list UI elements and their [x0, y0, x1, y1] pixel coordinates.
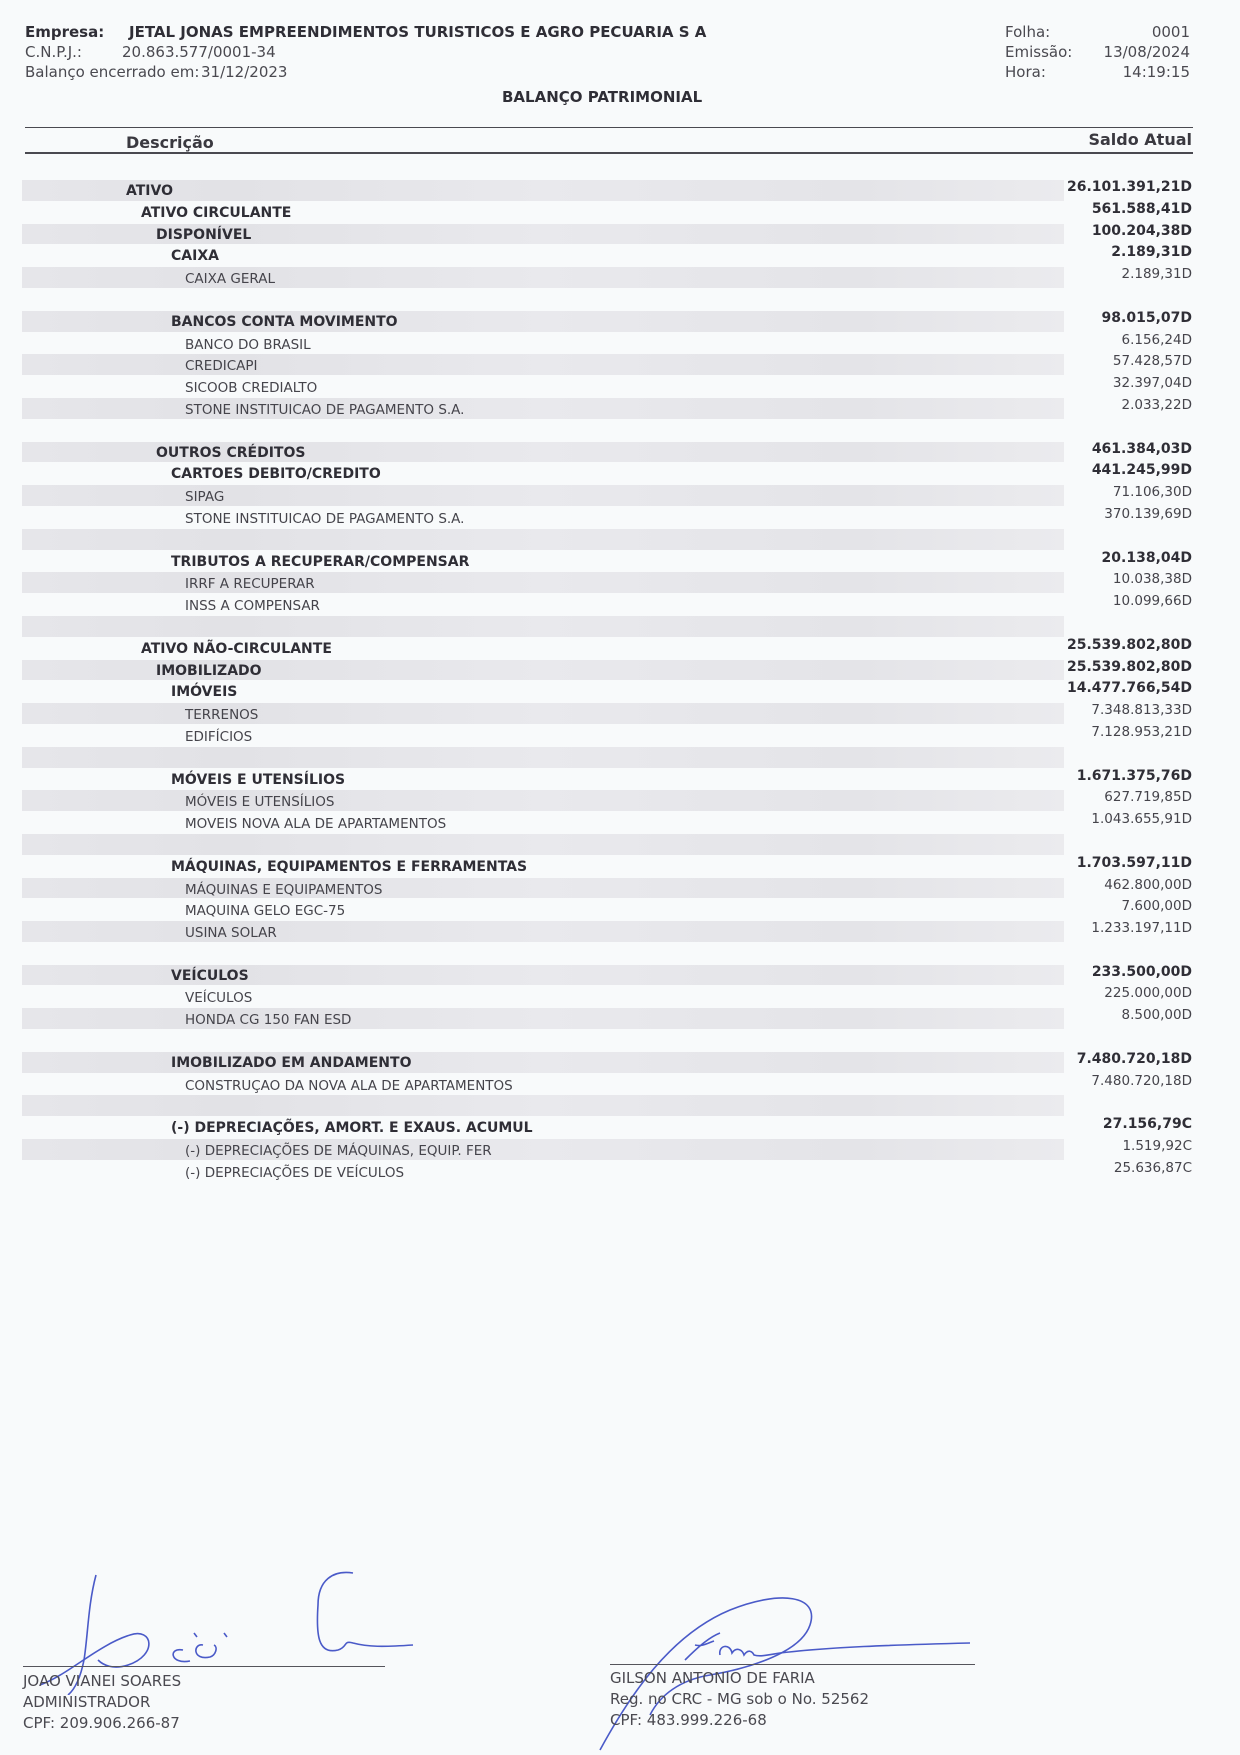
signatory-registration: Reg. no CRC - MG sob o No. 52562 — [610, 1689, 869, 1710]
account-row: SIPAG71.106,30D — [0, 485, 1240, 507]
time-row: Hora: 14:19:15 — [1005, 62, 1190, 82]
account-group-row: DISPONÍVEL100.204,38D — [0, 224, 1240, 246]
company-header: Empresa: JETAL JONAS EMPREENDIMENTOS TUR… — [25, 22, 785, 82]
signatory-accountant: GILSON ANTONIO DE FARIA Reg. no CRC - MG… — [610, 1668, 869, 1731]
account-description: ATIVO NÃO-CIRCULANTE — [141, 638, 332, 660]
account-balance: 7.600,00D — [1121, 895, 1192, 917]
account-row: (-) DEPRECIAÇÕES DE MÁQUINAS, EQUIP. FER… — [0, 1139, 1240, 1161]
account-row: BANCO DO BRASIL6.156,24D — [0, 333, 1240, 355]
account-balance: 561.588,41D — [1092, 198, 1192, 220]
account-row: SICOOB CREDIALTO32.397,04D — [0, 376, 1240, 398]
account-description: VEÍCULOS — [171, 965, 249, 987]
account-row: TERRENOS7.348.813,33D — [0, 703, 1240, 725]
header-top-rule — [25, 127, 1193, 128]
closing-date-value: 31/12/2023 — [201, 62, 287, 82]
account-description: IMOBILIZADO — [156, 660, 262, 682]
account-description: OUTROS CRÉDITOS — [156, 442, 305, 464]
account-balance: 7.480.720,18D — [1091, 1070, 1192, 1092]
account-description: SICOOB CREDIALTO — [185, 377, 317, 399]
account-row: CREDICAPI57.428,57D — [0, 354, 1240, 376]
company-row: Empresa: JETAL JONAS EMPREENDIMENTOS TUR… — [25, 22, 785, 42]
account-description: ATIVO — [126, 180, 173, 202]
document-meta: Folha: 0001 Emissão: 13/08/2024 Hora: 14… — [1005, 22, 1190, 82]
account-description: MOVEIS NOVA ALA DE APARTAMENTOS — [185, 813, 446, 835]
account-description: IMOBILIZADO EM ANDAMENTO — [171, 1052, 411, 1074]
account-description: MÁQUINAS, EQUIPAMENTOS E FERRAMENTAS — [171, 856, 527, 878]
spacer-row — [0, 289, 1240, 311]
cnpj-row: C.N.P.J.: 20.863.577/0001-34 — [25, 42, 785, 62]
account-row: CAIXA GERAL2.189,31D — [0, 267, 1240, 289]
account-balance: 7.348.813,33D — [1091, 699, 1192, 721]
account-balance: 1.671.375,76D — [1077, 765, 1192, 787]
account-description: SIPAG — [185, 486, 224, 508]
account-description: DISPONÍVEL — [156, 224, 251, 246]
account-balance: 441.245,99D — [1092, 459, 1192, 481]
spacer-row — [0, 616, 1240, 638]
account-description: STONE INSTITUICAO DE PAGAMENTO S.A. — [185, 399, 464, 421]
account-balance: 627.719,85D — [1104, 786, 1192, 808]
account-balance: 1.519,92C — [1122, 1135, 1192, 1157]
account-description: ATIVO CIRCULANTE — [141, 202, 291, 224]
company-label: Empresa: — [25, 22, 129, 42]
spacer-row — [0, 834, 1240, 856]
account-balance: 1.703.597,11D — [1077, 852, 1192, 874]
account-group-row: BANCOS CONTA MOVIMENTO98.015,07D — [0, 311, 1240, 333]
account-description: VEÍCULOS — [185, 987, 252, 1009]
account-description: IMÓVEIS — [171, 681, 237, 703]
time-value: 14:19:15 — [1123, 62, 1190, 82]
account-group-row: ATIVO NÃO-CIRCULANTE25.539.802,80D — [0, 638, 1240, 660]
signature-line-left — [23, 1666, 385, 1667]
account-description: MAQUINA GELO EGC-75 — [185, 900, 345, 922]
account-row: EDIFÍCIOS7.128.953,21D — [0, 725, 1240, 747]
time-label: Hora: — [1005, 62, 1046, 82]
account-row: IRRF A RECUPERAR10.038,38D — [0, 572, 1240, 594]
account-group-row: CAIXA2.189,31D — [0, 245, 1240, 267]
account-description: TRIBUTOS A RECUPERAR/COMPENSAR — [171, 551, 469, 573]
account-description: (-) DEPRECIAÇÕES, AMORT. E EXAUS. ACUMUL — [171, 1117, 533, 1139]
header-bottom-rule — [25, 152, 1193, 154]
account-balance: 32.397,04D — [1113, 372, 1192, 394]
signatory-role: ADMINISTRADOR — [23, 1692, 181, 1713]
signature-line-right — [610, 1664, 975, 1665]
account-balance: 225.000,00D — [1104, 982, 1192, 1004]
sheet-value: 0001 — [1152, 22, 1190, 42]
account-balance: 7.480.720,18D — [1077, 1048, 1192, 1070]
account-balance: 2.189,31D — [1121, 263, 1192, 285]
account-group-row: TRIBUTOS A RECUPERAR/COMPENSAR20.138,04D — [0, 551, 1240, 573]
account-balance: 1.043.655,91D — [1091, 808, 1192, 830]
account-balance: 8.500,00D — [1121, 1004, 1192, 1026]
account-balance: 10.038,38D — [1113, 568, 1192, 590]
account-description: (-) DEPRECIAÇÕES DE MÁQUINAS, EQUIP. FER — [185, 1140, 492, 1162]
account-row: USINA SOLAR1.233.197,11D — [0, 921, 1240, 943]
account-group-row: IMOBILIZADO25.539.802,80D — [0, 660, 1240, 682]
account-description: HONDA CG 150 FAN ESD — [185, 1009, 351, 1031]
account-row: STONE INSTITUICAO DE PAGAMENTO S.A.370.1… — [0, 507, 1240, 529]
signatory-name: GILSON ANTONIO DE FARIA — [610, 1668, 869, 1689]
account-row: INSS A COMPENSAR10.099,66D — [0, 594, 1240, 616]
cnpj-label: C.N.P.J.: — [25, 42, 98, 62]
account-balance: 27.156,79C — [1103, 1113, 1192, 1135]
account-description: BANCO DO BRASIL — [185, 334, 311, 356]
issue-date-value: 13/08/2024 — [1104, 42, 1190, 62]
account-balance: 370.139,69D — [1104, 503, 1192, 525]
account-balance: 57.428,57D — [1113, 350, 1192, 372]
cnpj-value: 20.863.577/0001-34 — [122, 42, 276, 62]
account-balance: 233.500,00D — [1092, 961, 1192, 983]
account-row: MÓVEIS E UTENSÍLIOS627.719,85D — [0, 790, 1240, 812]
account-description: IRRF A RECUPERAR — [185, 573, 315, 595]
spacer-row — [0, 529, 1240, 551]
account-description: EDIFÍCIOS — [185, 726, 252, 748]
spacer-row — [0, 943, 1240, 965]
account-balance: 14.477.766,54D — [1067, 677, 1192, 699]
account-group-row: VEÍCULOS233.500,00D — [0, 965, 1240, 987]
account-description: TERRENOS — [185, 704, 258, 726]
account-group-row: ATIVO CIRCULANTE561.588,41D — [0, 202, 1240, 224]
sheet-label: Folha: — [1005, 22, 1050, 42]
account-balance: 461.384,03D — [1092, 438, 1192, 460]
spacer-row — [0, 420, 1240, 442]
account-description: BANCOS CONTA MOVIMENTO — [171, 311, 398, 333]
account-description: CAIXA GERAL — [185, 268, 275, 290]
column-header-balance: Saldo Atual — [1088, 130, 1192, 149]
sheet-row: Folha: 0001 — [1005, 22, 1190, 42]
account-description: USINA SOLAR — [185, 922, 277, 944]
account-group-row: IMOBILIZADO EM ANDAMENTO7.480.720,18D — [0, 1052, 1240, 1074]
account-description: (-) DEPRECIAÇÕES DE VEÍCULOS — [185, 1162, 404, 1184]
account-balance: 98.015,07D — [1102, 307, 1192, 329]
company-name: JETAL JONAS EMPREENDIMENTOS TURISTICOS E… — [129, 22, 706, 42]
account-description: CONSTRUÇAO DA NOVA ALA DE APARTAMENTOS — [185, 1075, 513, 1097]
account-balance: 10.099,66D — [1113, 590, 1192, 612]
account-description: MÓVEIS E UTENSÍLIOS — [185, 791, 334, 813]
balance-sheet-table: ATIVO26.101.391,21DATIVO CIRCULANTE561.5… — [0, 180, 1240, 1183]
account-description: CREDICAPI — [185, 355, 258, 377]
account-balance: 1.233.197,11D — [1091, 917, 1192, 939]
document-title: BALANÇO PATRIMONIAL — [502, 88, 702, 106]
account-group-row: IMÓVEIS14.477.766,54D — [0, 681, 1240, 703]
account-balance: 7.128.953,21D — [1091, 721, 1192, 743]
spacer-row — [0, 747, 1240, 769]
account-balance: 2.033,22D — [1121, 394, 1192, 416]
account-description: CAIXA — [171, 245, 219, 267]
account-balance: 25.539.802,80D — [1067, 634, 1192, 656]
account-group-row: (-) DEPRECIAÇÕES, AMORT. E EXAUS. ACUMUL… — [0, 1117, 1240, 1139]
account-balance: 2.189,31D — [1111, 241, 1192, 263]
account-description: MÓVEIS E UTENSÍLIOS — [171, 769, 345, 791]
account-group-row: CARTOES DEBITO/CREDITO441.245,99D — [0, 463, 1240, 485]
issue-date-label: Emissão: — [1005, 42, 1072, 62]
account-row: VEÍCULOS225.000,00D — [0, 986, 1240, 1008]
account-description: CARTOES DEBITO/CREDITO — [171, 463, 381, 485]
closing-date-label: Balanço encerrado em: — [25, 62, 201, 82]
spacer-row — [0, 1030, 1240, 1052]
account-group-row: ATIVO26.101.391,21D — [0, 180, 1240, 202]
account-row: STONE INSTITUICAO DE PAGAMENTO S.A.2.033… — [0, 398, 1240, 420]
account-group-row: OUTROS CRÉDITOS461.384,03D — [0, 442, 1240, 464]
issue-date-row: Emissão: 13/08/2024 — [1005, 42, 1190, 62]
signatory-cpf: CPF: 209.906.266-87 — [23, 1713, 181, 1734]
signatory-cpf: CPF: 483.999.226-68 — [610, 1710, 869, 1731]
account-row: MOVEIS NOVA ALA DE APARTAMENTOS1.043.655… — [0, 812, 1240, 834]
closing-date-row: Balanço encerrado em: 31/12/2023 — [25, 62, 785, 82]
signatory-administrator: JOAO VIANEI SOARES ADMINISTRADOR CPF: 20… — [23, 1671, 181, 1734]
account-balance: 26.101.391,21D — [1067, 176, 1192, 198]
account-description: MÁQUINAS E EQUIPAMENTOS — [185, 879, 382, 901]
account-description: STONE INSTITUICAO DE PAGAMENTO S.A. — [185, 508, 464, 530]
account-balance: 25.636,87C — [1114, 1157, 1192, 1179]
account-row: (-) DEPRECIAÇÕES DE VEÍCULOS25.636,87C — [0, 1161, 1240, 1183]
account-balance: 25.539.802,80D — [1067, 656, 1192, 678]
account-group-row: MÁQUINAS, EQUIPAMENTOS E FERRAMENTAS1.70… — [0, 856, 1240, 878]
account-balance: 6.156,24D — [1121, 329, 1192, 351]
account-row: MÁQUINAS E EQUIPAMENTOS462.800,00D — [0, 878, 1240, 900]
account-row: CONSTRUÇAO DA NOVA ALA DE APARTAMENTOS7.… — [0, 1074, 1240, 1096]
account-balance: 71.106,30D — [1113, 481, 1192, 503]
signatory-name: JOAO VIANEI SOARES — [23, 1671, 181, 1692]
account-row: MAQUINA GELO EGC-757.600,00D — [0, 899, 1240, 921]
account-balance: 462.800,00D — [1104, 874, 1192, 896]
spacer-row — [0, 1095, 1240, 1117]
account-balance: 100.204,38D — [1092, 220, 1192, 242]
account-description: INSS A COMPENSAR — [185, 595, 320, 617]
account-balance: 20.138,04D — [1102, 547, 1192, 569]
account-row: HONDA CG 150 FAN ESD8.500,00D — [0, 1008, 1240, 1030]
account-group-row: MÓVEIS E UTENSÍLIOS1.671.375,76D — [0, 769, 1240, 791]
column-header-description: Descrição — [126, 133, 214, 152]
